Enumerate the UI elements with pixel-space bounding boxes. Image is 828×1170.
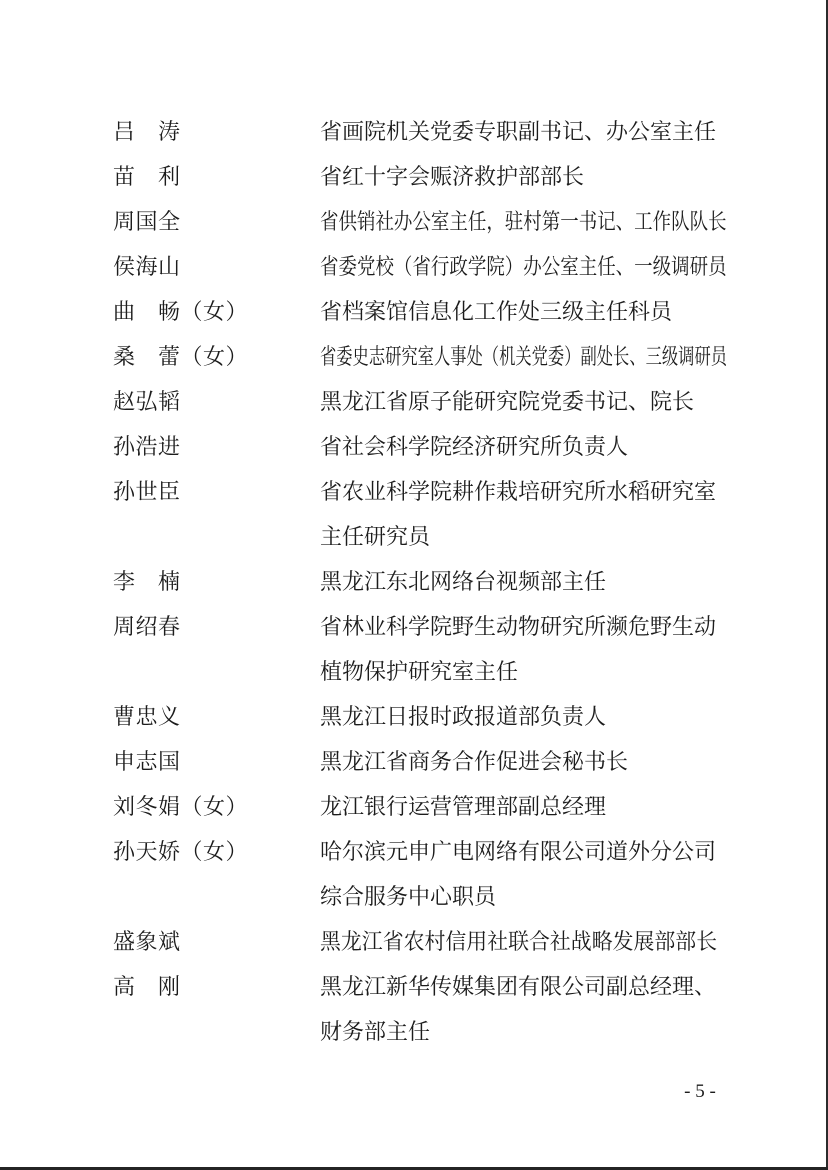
- entry-title-line: 主任研究员: [320, 514, 728, 559]
- entry-row: 盛象斌 黑龙江省农村信用社联合社战略发展部部长: [0, 919, 828, 964]
- entry-title-line: 省林业科学院野生动物研究所濒危野生动: [320, 604, 728, 649]
- entry-title-line: 省委史志研究室人事处（机关党委）副处长、三级调研员: [320, 334, 622, 379]
- entry-name: 刘冬娟（女）: [113, 784, 320, 829]
- entry-titles: 龙江银行运营管理部副总经理: [320, 784, 728, 829]
- entry-name: 苗 利: [113, 154, 320, 199]
- entry-titles: 黑龙江省农村信用社联合社战略发展部部长: [320, 919, 728, 964]
- entry-row: 苗 利 省红十字会赈济救护部部长: [0, 154, 828, 199]
- page-number: - 5 -: [660, 1081, 740, 1103]
- entry-titles: 哈尔滨元申广电网络有限公司道外分公司综合服务中心职员: [320, 829, 728, 919]
- entry-title-line: 黑龙江东北网络台视频部主任: [320, 559, 728, 604]
- entry-title-line: 黑龙江省农村信用社联合社战略发展部部长: [320, 919, 708, 964]
- entry-name: 周国全: [113, 199, 320, 244]
- entry-titles: 省供销社办公室主任，驻村第一书记、工作队队长: [320, 199, 728, 244]
- entry-name: 孙天娇（女）: [113, 829, 320, 874]
- entry-titles: 省社会科学院经济研究所负责人: [320, 424, 728, 469]
- entry-row: 李 楠 黑龙江东北网络台视频部主任: [0, 559, 828, 604]
- entry-titles: 省农业科学院耕作栽培研究所水稻研究室主任研究员: [320, 469, 728, 559]
- entry-row: 申志国 黑龙江省商务合作促进会秘书长: [0, 739, 828, 784]
- entry-titles: 省林业科学院野生动物研究所濒危野生动植物保护研究室主任: [320, 604, 728, 694]
- entry-titles: 黑龙江省原子能研究院党委书记、院长: [320, 379, 728, 424]
- entry-title-line: 省委党校（省行政学院）办公室主任、一级调研员: [320, 244, 663, 289]
- entry-row: 桑 蕾（女） 省委史志研究室人事处（机关党委）副处长、三级调研员: [0, 334, 828, 379]
- entry-name: 盛象斌: [113, 919, 320, 964]
- entry-title-line: 哈尔滨元申广电网络有限公司道外分公司: [320, 829, 728, 874]
- entry-row: 周国全 省供销社办公室主任，驻村第一书记、工作队队长: [0, 199, 828, 244]
- entry-title-line: 省档案馆信息化工作处三级主任科员: [320, 289, 728, 334]
- entry-titles: 黑龙江新华传媒集团有限公司副总经理、财务部主任: [320, 964, 728, 1054]
- entry-name: 李 楠: [113, 559, 320, 604]
- entry-name: 周绍春: [113, 604, 320, 649]
- entry-name: 吕 涛: [113, 109, 320, 154]
- document-page: 吕 涛 省画院机关党委专职副书记、办公室主任 苗 利 省红十字会赈济救护部部长 …: [0, 0, 828, 1170]
- entry-title-line: 省画院机关党委专职副书记、办公室主任: [320, 109, 728, 154]
- entry-row: 刘冬娟（女） 龙江银行运营管理部副总经理: [0, 784, 828, 829]
- entry-title-line: 财务部主任: [320, 1009, 728, 1054]
- entry-name: 曹忠义: [113, 694, 320, 739]
- entry-row: 周绍春 省林业科学院野生动物研究所濒危野生动植物保护研究室主任: [0, 604, 828, 694]
- entry-title-line: 黑龙江省原子能研究院党委书记、院长: [320, 379, 728, 424]
- entry-name: 孙世臣: [113, 469, 320, 514]
- entry-title-line: 省红十字会赈济救护部部长: [320, 154, 728, 199]
- entry-row: 曹忠义 黑龙江日报时政报道部负责人: [0, 694, 828, 739]
- entry-titles: 省红十字会赈济救护部部长: [320, 154, 728, 199]
- entry-title-line: 省农业科学院耕作栽培研究所水稻研究室: [320, 469, 728, 514]
- entry-name: 赵弘韬: [113, 379, 320, 424]
- entry-name: 孙浩进: [113, 424, 320, 469]
- entry-titles: 省委党校（省行政学院）办公室主任、一级调研员: [320, 244, 728, 289]
- entry-name: 申志国: [113, 739, 320, 784]
- entry-title-line: 综合服务中心职员: [320, 874, 728, 919]
- entry-titles: 省委史志研究室人事处（机关党委）副处长、三级调研员: [320, 334, 728, 379]
- entry-title-line: 黑龙江日报时政报道部负责人: [320, 694, 728, 739]
- entry-name: 高 刚: [113, 964, 320, 1009]
- entry-titles: 黑龙江东北网络台视频部主任: [320, 559, 728, 604]
- entry-name: 侯海山: [113, 244, 320, 289]
- entry-name: 桑 蕾（女）: [113, 334, 320, 379]
- entry-title-line: 植物保护研究室主任: [320, 649, 728, 694]
- entry-row: 曲 畅（女） 省档案馆信息化工作处三级主任科员: [0, 289, 828, 334]
- entry-row: 高 刚 黑龙江新华传媒集团有限公司副总经理、财务部主任: [0, 964, 828, 1054]
- entry-name: 曲 畅（女）: [113, 289, 320, 334]
- entry-titles: 黑龙江省商务合作促进会秘书长: [320, 739, 728, 784]
- entry-title-line: 省社会科学院经济研究所负责人: [320, 424, 728, 469]
- entry-row: 吕 涛 省画院机关党委专职副书记、办公室主任: [0, 109, 828, 154]
- entry-title-line: 黑龙江新华传媒集团有限公司副总经理、: [320, 964, 728, 1009]
- entry-row: 孙世臣 省农业科学院耕作栽培研究所水稻研究室主任研究员: [0, 469, 828, 559]
- entry-title-line: 省供销社办公室主任，驻村第一书记、工作队队长: [320, 199, 663, 244]
- appointee-list: 吕 涛 省画院机关党委专职副书记、办公室主任 苗 利 省红十字会赈济救护部部长 …: [0, 109, 828, 1054]
- entry-row: 孙浩进 省社会科学院经济研究所负责人: [0, 424, 828, 469]
- entry-titles: 省档案馆信息化工作处三级主任科员: [320, 289, 728, 334]
- entry-titles: 黑龙江日报时政报道部负责人: [320, 694, 728, 739]
- entry-row: 赵弘韬 黑龙江省原子能研究院党委书记、院长: [0, 379, 828, 424]
- entry-row: 孙天娇（女） 哈尔滨元申广电网络有限公司道外分公司综合服务中心职员: [0, 829, 828, 919]
- entry-title-line: 黑龙江省商务合作促进会秘书长: [320, 739, 728, 784]
- entry-titles: 省画院机关党委专职副书记、办公室主任: [320, 109, 728, 154]
- entry-title-line: 龙江银行运营管理部副总经理: [320, 784, 728, 829]
- entry-row: 侯海山 省委党校（省行政学院）办公室主任、一级调研员: [0, 244, 828, 289]
